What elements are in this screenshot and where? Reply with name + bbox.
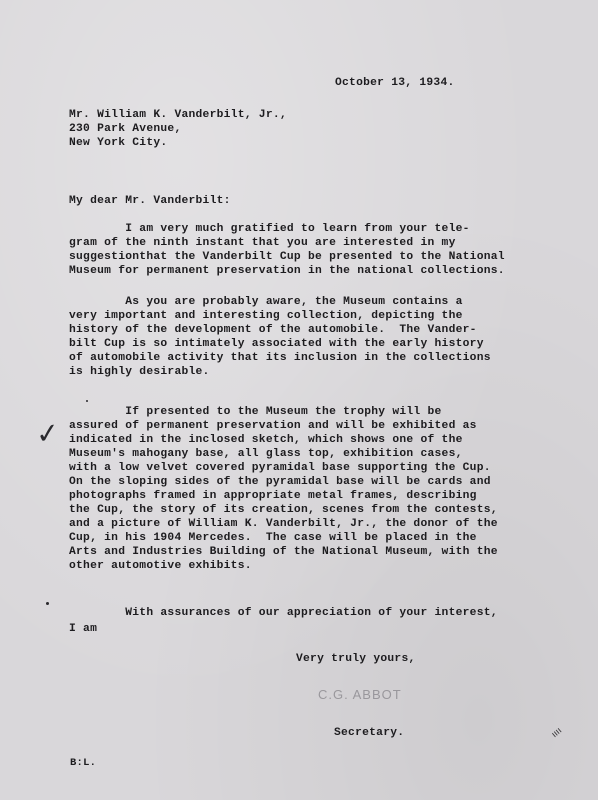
recipient-city: New York City. — [69, 136, 167, 150]
paragraph-1-line: suggestionthat the Vanderbilt Cup be pre… — [69, 250, 505, 264]
paragraph-3-line: On the sloping sides of the pyramidal ba… — [69, 475, 491, 489]
recipient-name: Mr. William K. Vanderbilt, Jr., — [69, 108, 287, 122]
closing: Very truly yours, — [296, 652, 416, 666]
paragraph-2-line: history of the development of the automo… — [69, 323, 477, 337]
paragraph-3-line: indicated in the inclosed sketch, which … — [69, 433, 463, 447]
paragraph-3-line: If presented to the Museum the trophy wi… — [69, 405, 442, 419]
paragraph-4-line: I am — [69, 622, 97, 636]
paragraph-3-line: and a picture of William K. Vanderbilt, … — [69, 517, 498, 531]
typist-initials: B:L. — [70, 756, 96, 770]
signature-stamp: C.G. ABBOT — [318, 687, 402, 702]
signer-title: Secretary. — [334, 726, 404, 740]
ink-dot — [46, 602, 49, 605]
paragraph-2-line: very important and interesting collectio… — [69, 309, 463, 323]
paragraph-2-line: is highly desirable. — [69, 365, 210, 379]
checkmark-icon: ✓ — [34, 416, 61, 451]
recipient-street: 230 Park Avenue, — [69, 122, 181, 136]
paragraph-3-line: photographs framed in appropriate metal … — [69, 489, 477, 503]
paragraph-3-line: with a low velvet covered pyramidal base… — [69, 461, 491, 475]
ink-mark: ıııı — [550, 726, 564, 740]
paragraph-1-line: gram of the ninth instant that you are i… — [69, 236, 456, 250]
salutation: My dear Mr. Vanderbilt: — [69, 194, 231, 208]
paragraph-2-line: bilt Cup is so intimately associated wit… — [69, 337, 484, 351]
paragraph-3-line: Arts and Industries Building of the Nati… — [69, 545, 498, 559]
paragraph-2-line: of automobile activity that its inclusio… — [69, 351, 491, 365]
letter-date: October 13, 1934. — [335, 76, 455, 90]
paragraph-3-line: the Cup, the story of its creation, scen… — [69, 503, 498, 517]
paragraph-3-line: other automotive exhibits. — [69, 559, 252, 573]
paragraph-3-line: Cup, in his 1904 Mercedes. The case will… — [69, 531, 477, 545]
ink-dot — [86, 400, 88, 402]
paragraph-1-line: I am very much gratified to learn from y… — [69, 222, 470, 236]
paragraph-1-line: Museum for permanent preservation in the… — [69, 264, 505, 278]
letter-page: October 13, 1934. Mr. William K. Vanderb… — [0, 0, 598, 800]
paragraph-3-line: assured of permanent preservation and wi… — [69, 419, 477, 433]
paragraph-2-line: As you are probably aware, the Museum co… — [69, 295, 463, 309]
paragraph-4-line: With assurances of our appreciation of y… — [69, 606, 498, 620]
paragraph-3-line: Museum's mahogany base, all glass top, e… — [69, 447, 463, 461]
